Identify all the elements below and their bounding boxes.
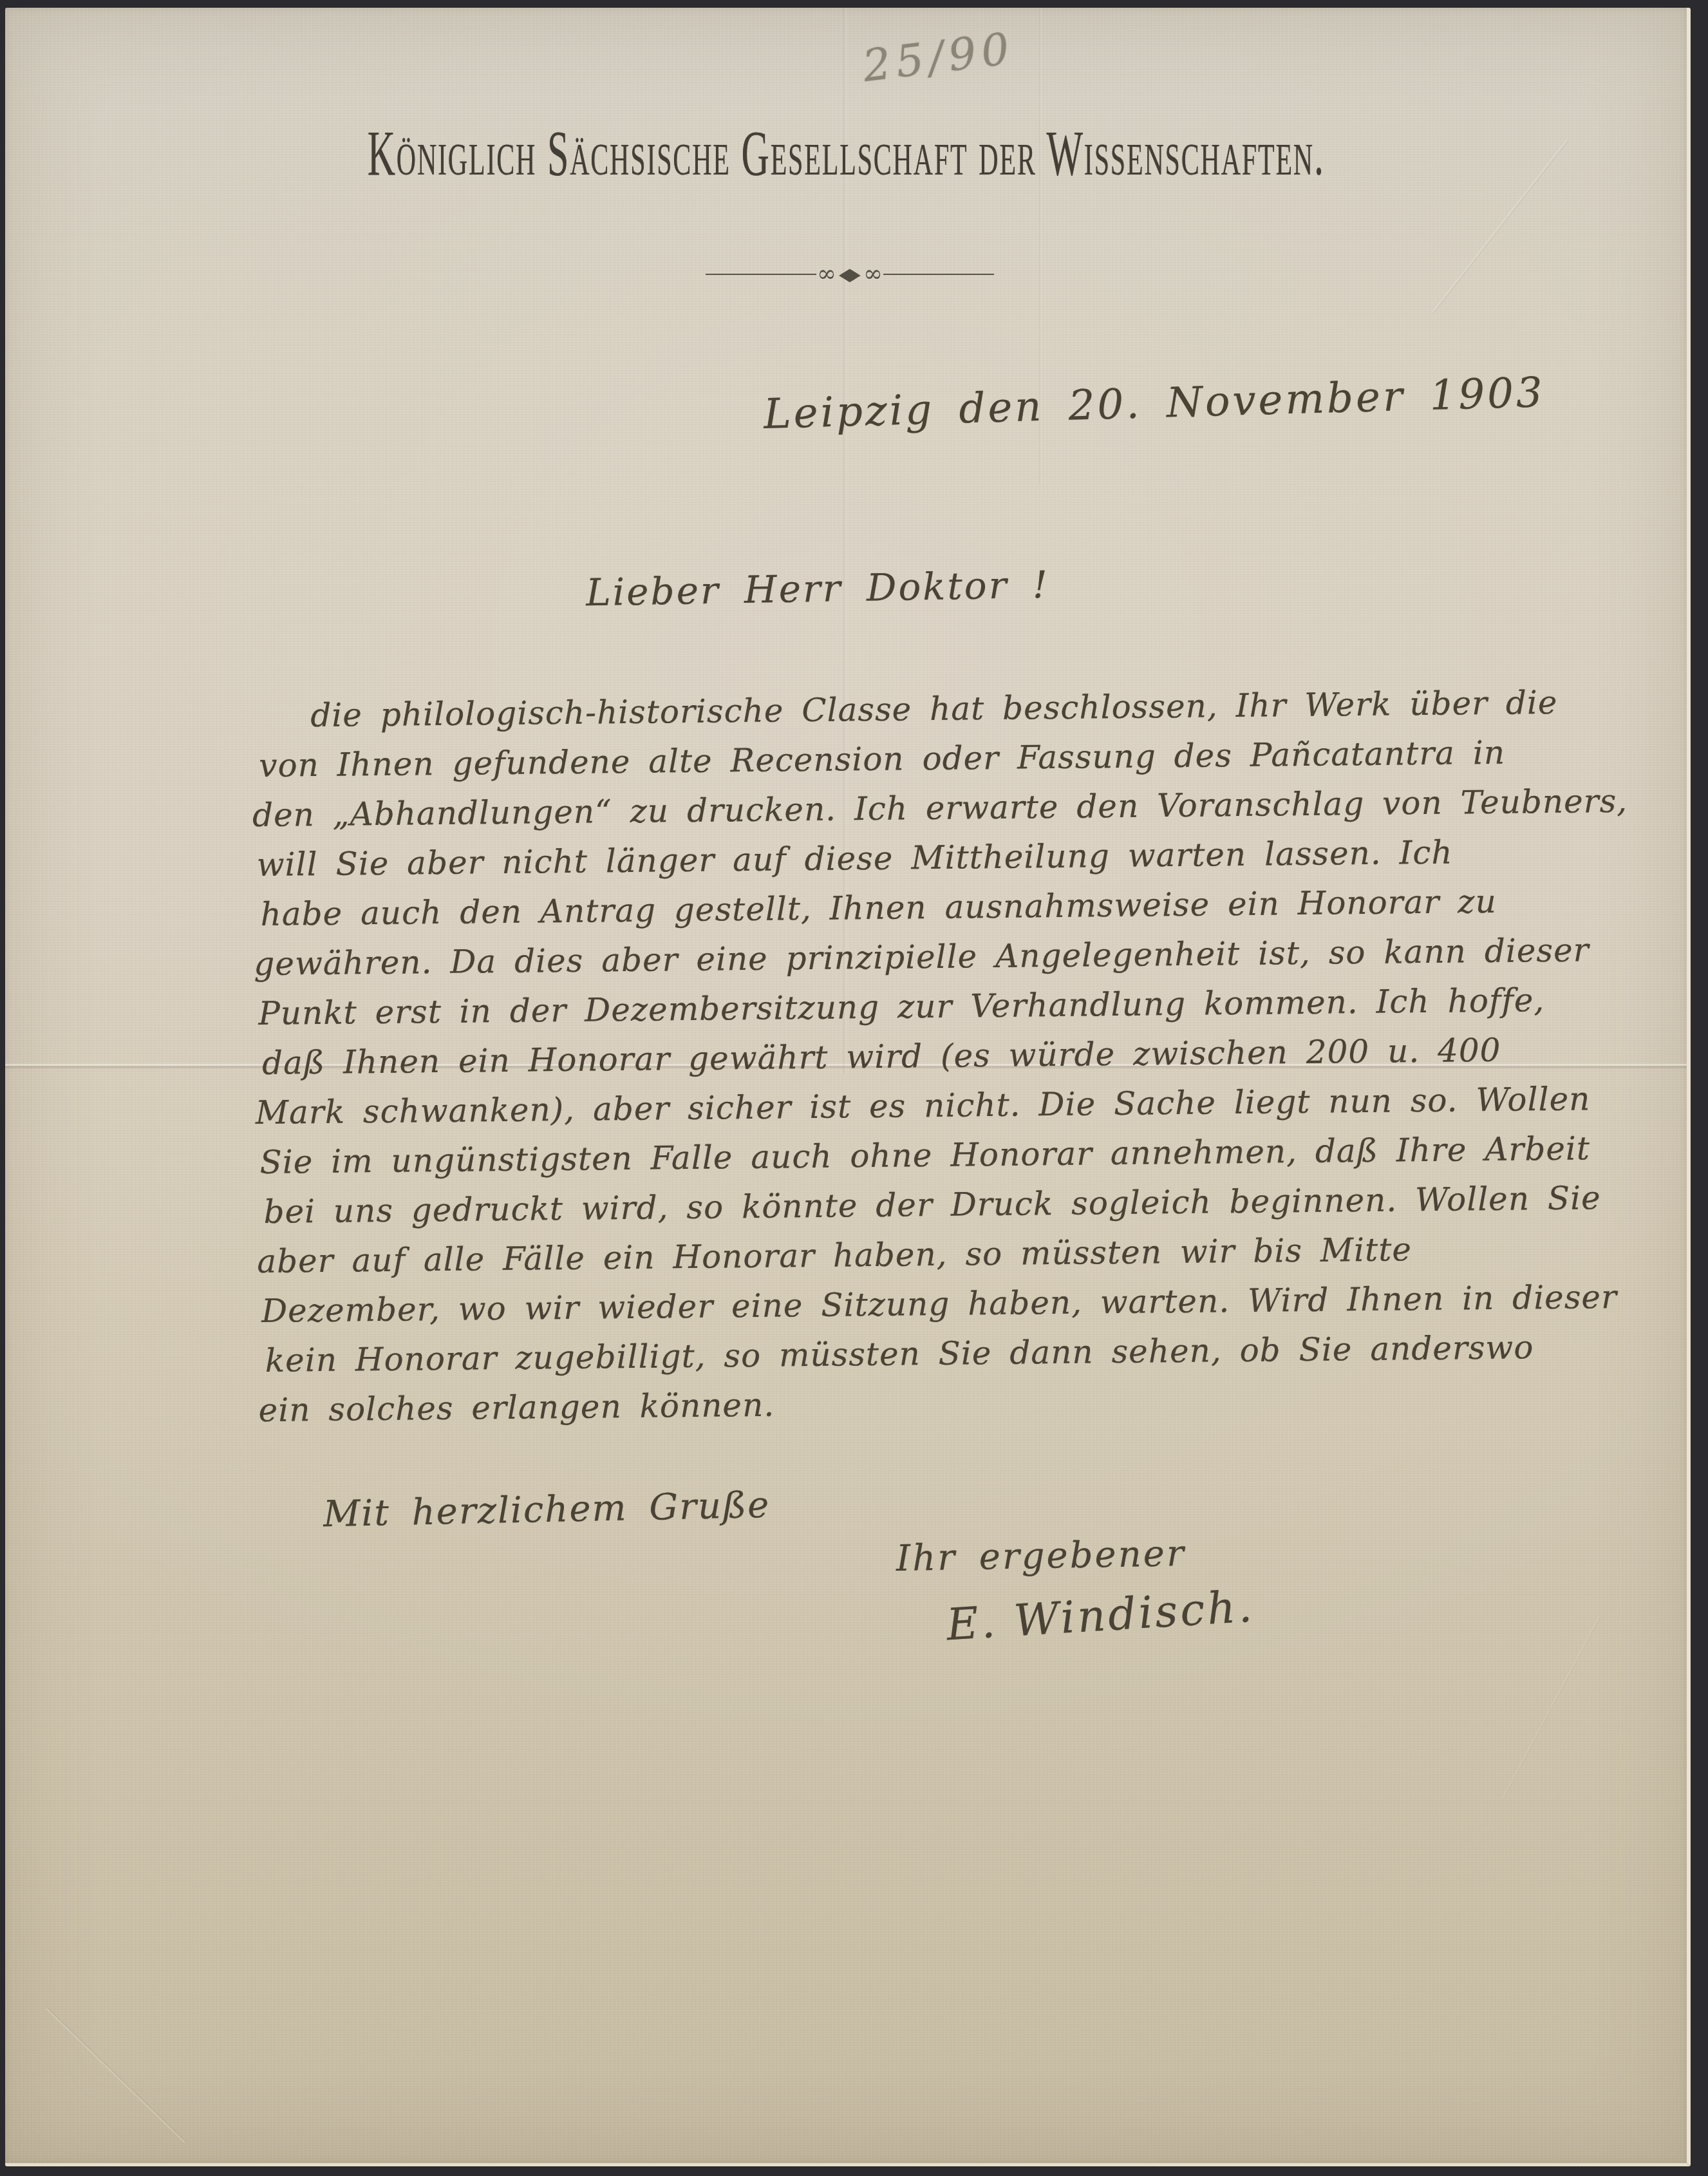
signature: E. Windisch. — [945, 1581, 1256, 1651]
divider-infinity-left-icon: ∞ — [817, 265, 836, 283]
letterhead: Königlich Sächsische Gesellschaft der Wi… — [5, 116, 1687, 190]
crease-bottom-right — [1502, 1616, 1600, 1799]
divider-diamond-icon: ◆ — [839, 269, 861, 279]
pencil-archival-number: 25/90 — [860, 23, 1017, 92]
divider-rule-left — [706, 274, 816, 275]
closing-formula: Mit herzlichem Gruße — [323, 1484, 771, 1536]
letterhead-divider: ∞ ◆ ∞ — [706, 265, 994, 283]
letter-page: 25/90 Königlich Sächsische Gesellschaft … — [5, 8, 1691, 2166]
dateline: Leipzig den 20. November 1903 — [763, 369, 1545, 439]
divider-infinity-right-icon: ∞ — [863, 265, 883, 283]
corner-crease-bottom-left — [46, 2007, 187, 2143]
valediction: Ihr ergebener — [896, 1533, 1186, 1580]
divider-rule-right — [883, 274, 994, 275]
letter-body: die philologisch-historische Classe hat … — [255, 678, 1570, 1435]
letterhead-title: Königlich Sächsische Gesellschaft der Wi… — [367, 116, 1324, 190]
salutation: Lieber Herr Doktor ! — [585, 563, 1049, 615]
